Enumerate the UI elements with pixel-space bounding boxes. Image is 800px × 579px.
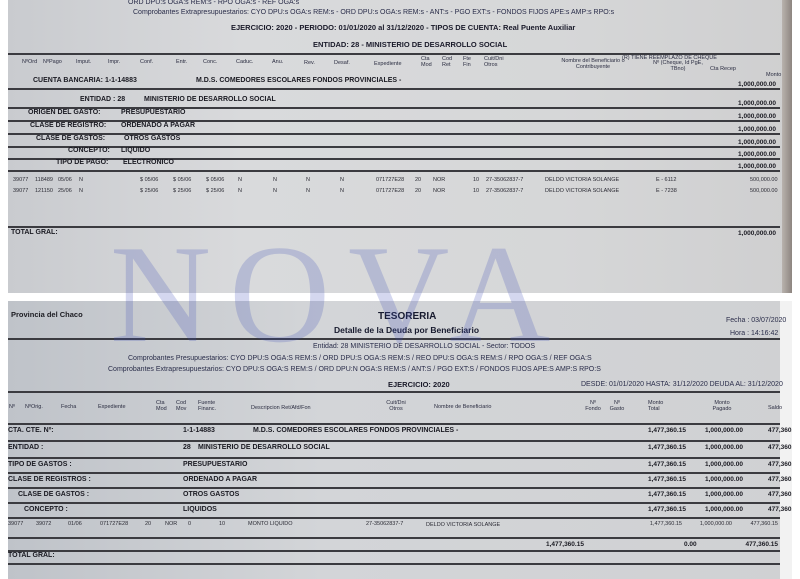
group-divider: [8, 170, 780, 172]
col-nfondo: Nº Fondo: [584, 400, 602, 412]
cell-cta: 20: [145, 521, 151, 527]
report-photo-top: ORD DPU:s OGA:s REM:s - RPO OGA:s - REF …: [8, 0, 792, 293]
cell-cuit: 27-35062837-7: [486, 177, 523, 183]
divider: [8, 537, 780, 539]
divider: [8, 226, 780, 228]
col-expediente: Expediente: [98, 404, 126, 410]
col-cuit: Cuit/Dni Otros: [381, 400, 411, 412]
cell-cta: 20: [415, 188, 421, 194]
group-divider: [8, 423, 780, 425]
cell-npago: 121150: [35, 188, 53, 194]
group-value: LIQUIDO: [121, 147, 150, 154]
col-caduc: Caduc.: [236, 59, 253, 65]
group-label: CTA. CTE. Nº:: [8, 427, 54, 434]
col-fte-fin: Fte Fin: [463, 56, 477, 68]
group-saldo: 477,360.15: [768, 427, 792, 434]
cell-entr: $ 05/06: [173, 177, 191, 183]
comprobantes-top: ORD DPU:s OGA:s REM:s - RPO OGA:s - REF …: [128, 0, 299, 6]
divider: [8, 391, 780, 393]
group-label: CUENTA BANCARIA: 1-1-14883: [33, 77, 137, 84]
group-amount: 1,000,000.00: [738, 126, 776, 133]
report-title: TESORERIA: [378, 311, 436, 322]
cell-monto: 500,000.00: [750, 177, 778, 183]
group-pagado: 1,000,000.00: [705, 427, 743, 434]
total-gral-saldo: 477,360.15: [745, 541, 778, 548]
group-total: 1,477,360.15: [648, 476, 686, 483]
group-divider: [8, 88, 780, 90]
col-conf: Conf.: [140, 59, 153, 65]
col-cod-ret: Cod Ret: [442, 56, 456, 68]
total-gral-total: 1,477,360.15: [546, 541, 584, 548]
cell-rev: N: [306, 177, 310, 183]
cell-conc: $ 05/06: [206, 177, 224, 183]
group-pagado: 1,000,000.00: [705, 444, 743, 451]
col-conc: Conc.: [203, 59, 217, 65]
comprobantes-extra: Comprobantes Extrapresupuestarios: CYO D…: [133, 9, 614, 16]
col-rev: Rev.: [304, 60, 315, 66]
total-gral-label: TOTAL GRAL:: [8, 552, 55, 559]
ejercicio-line: EJERCICIO: 2020 - PERIODO: 01/01/2020 al…: [231, 23, 575, 32]
col-cod-mov: Cod Mov: [176, 400, 190, 412]
cell-extra: 0: [188, 521, 191, 527]
cell-impr: N: [79, 188, 83, 194]
total-gral-label: TOTAL GRAL:: [11, 229, 58, 236]
ejercicio: EJERCICIO: 2020: [388, 380, 450, 389]
group-divider: [8, 440, 780, 442]
cell-nombre: DELDO VICTORIA SOLANGE: [545, 177, 619, 183]
group-value: OTROS GASTOS: [124, 135, 180, 142]
cell-anu: N: [273, 177, 277, 183]
col-fuente: Fuente Financ.: [198, 400, 224, 412]
col-cuit: Cuit/Dni Otros: [484, 56, 514, 68]
cell-nord: 39077: [13, 188, 28, 194]
divider: [8, 550, 780, 552]
group-value: PRESUPUESTARIO: [183, 461, 247, 468]
cell-imput: 05/06: [58, 177, 72, 183]
col-cta-mod: Cta Mod: [421, 56, 435, 68]
col-saldo: Saldo: [768, 405, 782, 411]
cell-descripcion: MONTO LIQUIDO: [248, 521, 293, 527]
group-label: TIPO DE GASTOS :: [8, 461, 72, 468]
group-label: CLASE DE REGISTROS :: [8, 476, 91, 483]
rango-fechas: DESDE: 01/01/2020 HASTA: 31/12/2020 DEUD…: [581, 381, 783, 388]
col-nord: NºOrd: [22, 59, 37, 65]
group-total: 1,477,360.15: [648, 461, 686, 468]
cell-norig: 39072: [36, 521, 51, 527]
group-amount: 1,000,000.00: [738, 151, 776, 158]
cell-anu: N: [273, 188, 277, 194]
group-saldo: 477,360.15: [768, 461, 792, 468]
group-label: ENTIDAD :: [8, 444, 43, 451]
cell-expediente: 071727E28: [376, 188, 404, 194]
col-nombre: Nombre del Beneficiario o Contribuyente: [548, 58, 638, 70]
report-photo-bottom: Provincia del Chaco TESORERIA Detalle de…: [8, 301, 792, 579]
group-saldo: 477,360.15: [768, 476, 792, 483]
cell-caduc: N: [238, 188, 242, 194]
group-divider: [8, 517, 780, 519]
group-total: 1,477,360.15: [648, 506, 686, 513]
group-label: CLASE DE GASTOS :: [18, 491, 89, 498]
group-pagado: 1,000,000.00: [705, 506, 743, 513]
group-divider: [8, 502, 780, 504]
col-ngasto: Nº Gasto: [608, 400, 626, 412]
cell-entr: $ 25/06: [173, 188, 191, 194]
col-cta-mod: Cta Mod: [156, 400, 168, 412]
col-anu: Anu.: [272, 59, 283, 65]
provincia-label: Provincia del Chaco: [11, 310, 83, 319]
cell-caduc: N: [238, 177, 242, 183]
cell-cuit: 27-35062837-7: [486, 188, 523, 194]
group-value: MINISTERIO DE DESARROLLO SOCIAL: [144, 96, 276, 103]
group-value: M.D.S. COMEDORES ESCOLARES FONDOS PROVIN…: [196, 77, 401, 84]
cell-expediente: 071727E28: [100, 521, 128, 527]
col-n: Nº: [9, 404, 15, 410]
group-value: MINISTERIO DE DESARROLLO SOCIAL: [198, 444, 330, 451]
col-nombre: Nombre de Beneficiario: [434, 404, 491, 410]
hora: Hora : 14:16:42: [730, 330, 778, 337]
cell-cod: NOR: [165, 521, 177, 527]
group-divider: [8, 487, 780, 489]
group-total: 1,477,360.15: [648, 427, 686, 434]
cell-pagado: 1,000,000.00: [700, 521, 732, 527]
group-divider: [8, 472, 780, 474]
group-pagado: 1,000,000.00: [705, 461, 743, 468]
col-expediente: Expediente: [374, 61, 402, 67]
group-total: 1,477,360.15: [648, 444, 686, 451]
photo-edge: [780, 301, 792, 579]
group-amount: 1,000,000.00: [738, 163, 776, 170]
col-entr: Entr.: [176, 59, 187, 65]
report-subtitle: Detalle de la Deuda por Beneficiario: [334, 325, 479, 335]
cell-npago: 118489: [35, 177, 53, 183]
group-value: ORDENADO A PAGAR: [121, 122, 195, 129]
group-saldo: 477,360.15: [768, 491, 792, 498]
cell-nord: 39077: [13, 177, 28, 183]
cell-cuit: 27-35062837-7: [366, 521, 403, 527]
col-impr: Impr.: [108, 59, 120, 65]
col-npago: NºPago: [43, 59, 62, 65]
group-amount: 1,000,000.00: [738, 81, 776, 88]
col-fecha: Fecha: [61, 404, 76, 410]
photo-edge: [782, 0, 792, 293]
group-value: M.D.S. COMEDORES ESCOLARES FONDOS PROVIN…: [253, 427, 458, 434]
col-monto: Monto: [766, 72, 781, 78]
group-saldo: 477,360.15: [768, 444, 792, 451]
cell-conf: $ 05/06: [140, 177, 158, 183]
col-norig: NºOrig.: [25, 404, 43, 410]
col-monto-pagado: Monto Pagado: [708, 400, 736, 412]
cell-saldo: 477,360.15: [750, 521, 778, 527]
cell-cta: 20: [415, 177, 421, 183]
group-label: TIPO DE PAGO:: [56, 159, 108, 166]
cell-fte: 10: [473, 177, 479, 183]
group-pagado: 1,000,000.00: [705, 476, 743, 483]
cell-cod: NOR: [433, 177, 445, 183]
comprobantes-extra: Comprobantes Extrapresupuestarios: CYO D…: [108, 366, 601, 373]
group-value: ORDENADO A PAGAR: [183, 476, 257, 483]
cell-fecha: 01/06: [68, 521, 82, 527]
divider: [8, 338, 780, 340]
col-imput: Imput.: [76, 59, 91, 65]
group-code: 1-1-14883: [183, 427, 215, 434]
group-label: ENTIDAD : 28: [80, 96, 125, 103]
cell-nombre: DELDO VICTORIA SOLANGE: [545, 188, 619, 194]
divider: [8, 563, 780, 565]
col-desaf: Desaf.: [334, 60, 350, 66]
cell-monto: 500,000.00: [750, 188, 778, 194]
group-divider: [8, 457, 780, 459]
group-label: CLASE DE REGISTRO:: [30, 122, 106, 129]
cell-nombre: DELDO VICTORIA SOLANGE: [426, 522, 500, 528]
col-numero: Nº (Cheque, Id PgE, TBno): [653, 60, 703, 72]
cell-imput: 25/06: [58, 188, 72, 194]
fecha: Fecha : 03/07/2020: [726, 317, 786, 324]
cell-desaf: N: [340, 188, 344, 194]
group-label: ORIGEN DEL GASTO:: [28, 109, 100, 116]
cell-num: E - 6112: [656, 177, 676, 183]
cell-impr: N: [79, 177, 83, 183]
group-saldo: 477,360.15: [768, 506, 792, 513]
group-pagado: 1,000,000.00: [705, 491, 743, 498]
group-value: LIQUIDOS: [183, 506, 217, 513]
cell-desaf: N: [340, 177, 344, 183]
group-value: PRESUPUESTARIO: [121, 109, 185, 116]
col-descripcion: Descripcion Ret/Afd/Fon: [251, 405, 311, 411]
total-gral-pagado: 0.00: [684, 541, 697, 548]
cell-conc: $ 25/06: [206, 188, 224, 194]
group-label: CLASE DE GASTOS:: [36, 135, 105, 142]
cell-total: 1,477,360.15: [650, 521, 682, 527]
cell-conf: $ 25/06: [140, 188, 158, 194]
group-label: CONCEPTO:: [68, 147, 110, 154]
group-amount: 1,000,000.00: [738, 139, 776, 146]
divider: [8, 53, 780, 55]
cell-n: 39077: [8, 521, 23, 527]
cell-expediente: 071727E28: [376, 177, 404, 183]
group-total: 1,477,360.15: [648, 491, 686, 498]
group-value: ELECTRONICO: [123, 159, 174, 166]
cell-num: E - 7238: [656, 188, 677, 194]
group-label: CONCEPTO :: [24, 506, 68, 513]
cell-fte: 10: [473, 188, 479, 194]
cell-cod: NOR: [433, 188, 445, 194]
group-value: OTROS GASTOS: [183, 491, 239, 498]
group-amount: 1,000,000.00: [738, 113, 776, 120]
group-amount: 1,000,000.00: [738, 100, 776, 107]
cell-fuente: 10: [219, 521, 225, 527]
entidad-line: Entidad: 28 MINISTERIO DE DESARROLLO SOC…: [313, 343, 535, 350]
total-gral-amount: 1,000,000.00: [738, 230, 776, 237]
col-monto-total: Monto Total: [648, 400, 672, 412]
group-code: 28: [183, 444, 191, 451]
entidad-line: ENTIDAD: 28 - MINISTERIO DE DESARROLLO S…: [313, 40, 507, 49]
cell-rev: N: [306, 188, 310, 194]
comprobantes-pres: Comprobantes Presupuestarios: CYO DPU:S …: [128, 355, 592, 362]
col-cta-recep: Cta Recep: [710, 66, 736, 72]
